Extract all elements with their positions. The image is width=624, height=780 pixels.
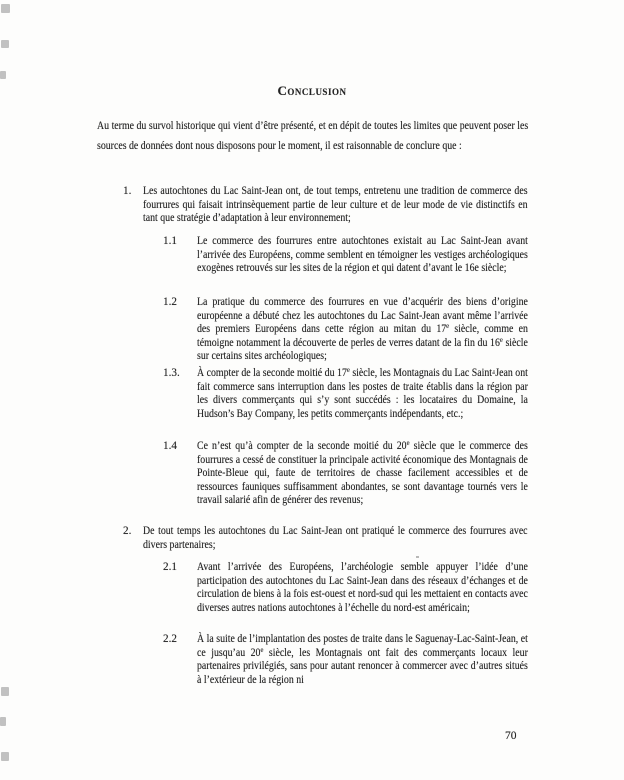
item-number: 1.1 (163, 235, 177, 249)
scan-artifact-mark (1, 687, 9, 696)
item-number: 2.2 (163, 633, 177, 647)
item-number: 1.4 (163, 440, 177, 454)
item-text: À compter de la seconde moitié du 17e si… (197, 367, 528, 421)
scan-artifact-mark (0, 71, 6, 79)
item-text: Ce n’est qu’à compter de la seconde moit… (197, 440, 528, 508)
item-number: 1.3. (163, 367, 180, 381)
scan-artifact-mark (1, 752, 9, 761)
item-number: 2. (123, 525, 131, 539)
scan-artifact-mark (0, 717, 6, 726)
scan-speck (493, 370, 495, 372)
intro-paragraph: Au terme du survol historique qui vient … (97, 116, 528, 156)
scanned-document-page: Conclusion Au terme du survol historique… (0, 0, 624, 780)
item-text: Les autochtones du Lac Saint-Jean ont, d… (143, 185, 528, 226)
section-heading: Conclusion (0, 84, 624, 98)
scan-artifact-mark (1, 4, 10, 13)
scan-artifact-mark (1, 40, 9, 48)
page-number: 70 (505, 729, 517, 743)
item-text: Le commerce des fourrures entre autochto… (197, 235, 528, 276)
item-text: À la suite de l’implantation des postes … (197, 633, 528, 687)
item-text: La pratique du commerce des fourrures en… (197, 296, 528, 364)
item-number: 1. (123, 185, 131, 199)
scan-speck (416, 556, 419, 558)
item-text: De tout temps les autochtones du Lac Sai… (143, 525, 528, 552)
item-number: 1.2 (163, 296, 177, 310)
item-text: Avant l’arrivée des Européens, l’archéol… (197, 561, 528, 615)
item-number: 2.1 (163, 561, 177, 575)
